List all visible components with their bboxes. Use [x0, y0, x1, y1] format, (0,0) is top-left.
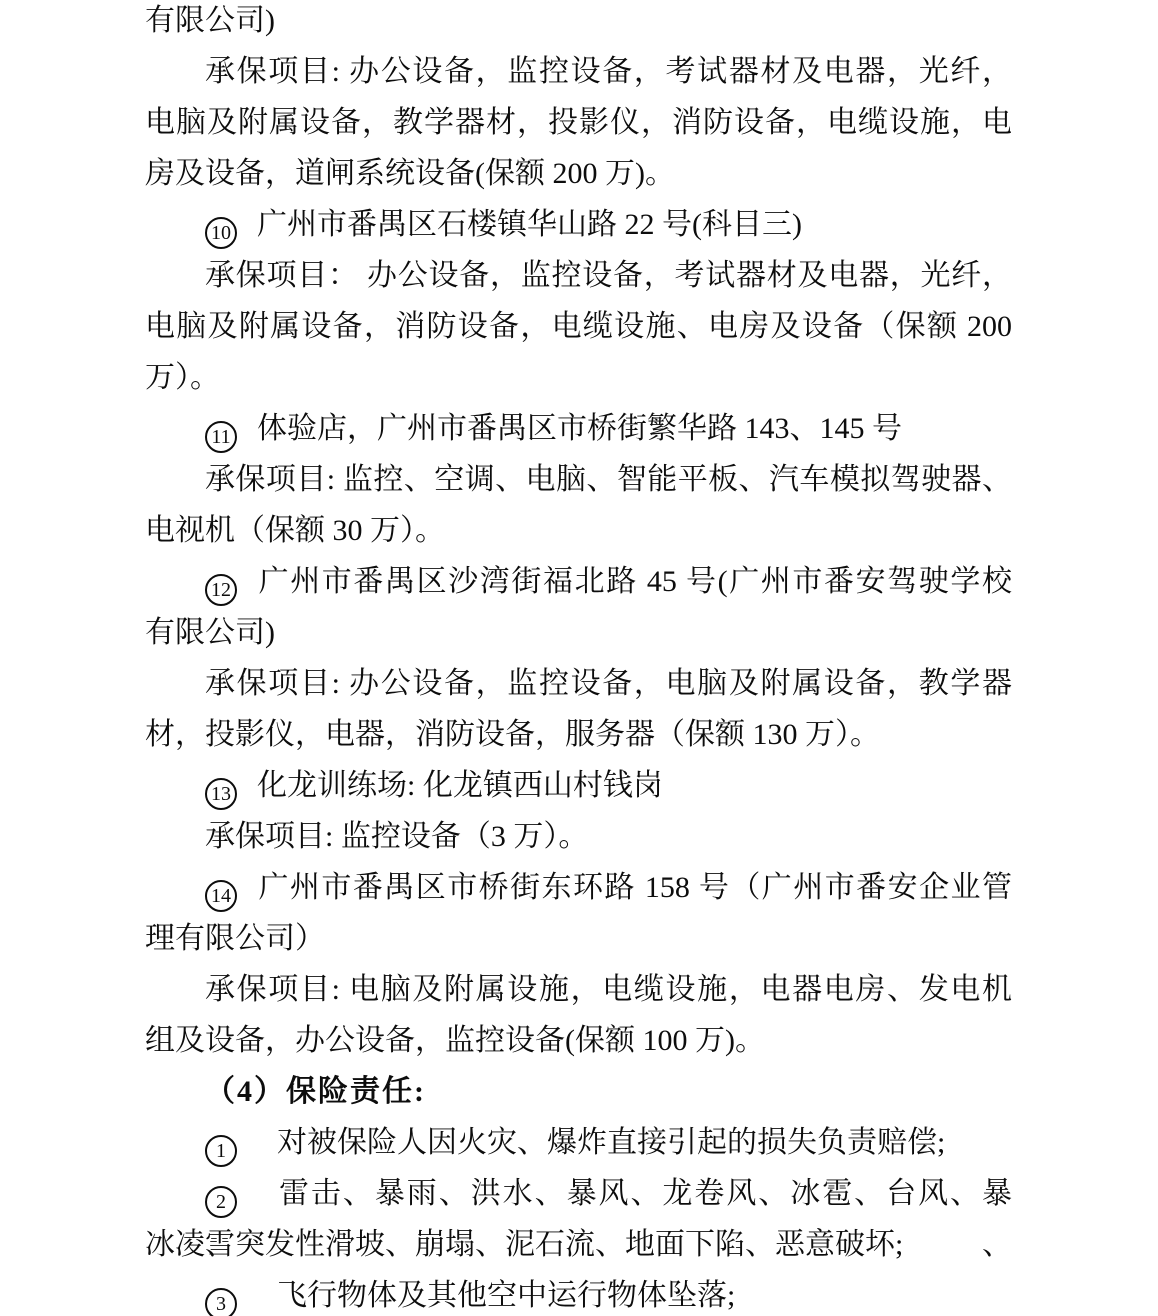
text-line: 电视机（保额 30 万）。: [145, 505, 1012, 556]
text-line: 承保项目: 办公设备，监控设备，考试器材及电器，光纤，: [145, 46, 1012, 97]
text-line: 14广州市番禺区市桥街东环路 158 号（广州市番安企业管: [145, 862, 1012, 913]
document-body: 有限公司)承保项目: 办公设备，监控设备，考试器材及电器，光纤，电脑及附属设备，…: [145, 0, 1012, 1316]
line-text: 电脑及附属设备，教学器材，投影仪，消防设备，电缆设施，电: [145, 106, 1012, 139]
line-text: 广州市番禺区市桥街东环路 158 号（广州市番安企业管: [257, 871, 1012, 904]
line-text: 组及设备，办公设备，监控设备(保额 100 万)。: [145, 1024, 765, 1057]
text-line: 10广州市番禺区石楼镇华山路 22 号(科目三): [145, 199, 1012, 250]
line-text: 有限公司): [145, 4, 275, 37]
line-text: 承保项目: 办公设备，监控设备，考试器材及电器，光纤，: [205, 55, 1012, 88]
text-line: 电脑及附属设备，消防设备，电缆设施、电房及设备（保额 200: [145, 301, 1012, 352]
text-line: 有限公司): [145, 0, 1012, 46]
line-text: 承保项目: 办公设备，监控设备，电脑及附属设备，教学器: [205, 667, 1012, 700]
text-line: 1对被保险人因火灾、爆炸直接引起的损失负责赔偿;: [145, 1117, 1012, 1168]
text-line: 有限公司): [145, 607, 1012, 658]
document-page: 有限公司)承保项目: 办公设备，监控设备，考试器材及电器，光纤，电脑及附属设备，…: [0, 0, 1158, 1316]
text-line: 冰凌、突发性滑坡、崩塌、泥石流、地面下陷、恶意破坏;: [145, 1219, 1012, 1270]
line-text: 化龙训练场: 化龙镇西山村钱岗: [257, 769, 663, 802]
line-text: 承保项目: 监控设备（3 万）。: [205, 820, 588, 853]
circled-number: 14: [205, 880, 237, 912]
text-line: 材，投影仪，电器，消防设备，服务器（保额 130 万）。: [145, 709, 1012, 760]
line-text: 房及设备，道闸系统设备(保额 200 万)。: [145, 157, 675, 190]
circled-number: 11: [205, 421, 237, 453]
text-line: 承保项目: 监控设备（3 万）。: [145, 811, 1012, 862]
line-text: 理有限公司）: [145, 922, 325, 955]
line-text: 广州市番禺区石楼镇华山路 22 号(科目三): [257, 208, 802, 241]
circled-number: 2: [205, 1186, 237, 1218]
line-text: （4）保险责任:: [205, 1075, 426, 1108]
text-line: 承保项目： 办公设备，监控设备，考试器材及电器，光纤，: [145, 250, 1012, 301]
line-text: 材，投影仪，电器，消防设备，服务器（保额 130 万）。: [145, 718, 880, 751]
text-line: 13化龙训练场: 化龙镇西山村钱岗: [145, 760, 1012, 811]
line-text: 飞行物体及其他空中运行物体坠落;: [277, 1279, 735, 1312]
line-text: 电脑及附属设备，消防设备，电缆设施、电房及设备（保额 200: [145, 310, 1012, 343]
text-line: 承保项目: 监控、空调、电脑、智能平板、汽车模拟驾驶器、: [145, 454, 1012, 505]
circled-number: 13: [205, 778, 237, 810]
line-text: 承保项目: 监控、空调、电脑、智能平板、汽车模拟驾驶器、: [205, 463, 1012, 496]
line-text: 广州市番禺区沙湾街福北路 45 号(广州市番安驾驶学校: [257, 565, 1012, 598]
circled-number: 1: [205, 1135, 237, 1167]
line-text: 承保项目: 电脑及附属设施，电缆设施，电器电房、发电机: [205, 973, 1012, 1006]
line-text: 体验店，广州市番禺区市桥街繁华路 143、145 号: [257, 412, 902, 445]
circled-number: 10: [205, 217, 237, 249]
circled-number: 3: [205, 1288, 237, 1316]
text-line: 12广州市番禺区沙湾街福北路 45 号(广州市番安驾驶学校: [145, 556, 1012, 607]
text-line: 组及设备，办公设备，监控设备(保额 100 万)。: [145, 1015, 1012, 1066]
circled-number: 12: [205, 574, 237, 606]
line-text: 万）。: [145, 361, 220, 394]
text-line: 承保项目: 电脑及附属设施，电缆设施，电器电房、发电机: [145, 964, 1012, 1015]
text-line: 3飞行物体及其他空中运行物体坠落;: [145, 1270, 1012, 1316]
text-line: 房及设备，道闸系统设备(保额 200 万)。: [145, 148, 1012, 199]
line-text: 冰凌、突发性滑坡、崩塌、泥石流、地面下陷、恶意破坏;: [145, 1228, 903, 1261]
text-line: 2雷击、暴雨、洪水、暴风、龙卷风、冰雹、台风、暴雪、: [145, 1168, 1012, 1219]
line-text: 承保项目： 办公设备，监控设备，考试器材及电器，光纤，: [205, 259, 1012, 292]
line-text: 有限公司): [145, 616, 275, 649]
line-text: 对被保险人因火灾、爆炸直接引起的损失负责赔偿;: [277, 1126, 945, 1159]
text-line: 理有限公司）: [145, 913, 1012, 964]
text-line: 承保项目: 办公设备，监控设备，电脑及附属设备，教学器: [145, 658, 1012, 709]
text-line: 万）。: [145, 352, 1012, 403]
line-text: 电视机（保额 30 万）。: [145, 514, 445, 547]
text-line: （4）保险责任:: [145, 1066, 1012, 1117]
text-line: 11体验店，广州市番禺区市桥街繁华路 143、145 号: [145, 403, 1012, 454]
text-line: 电脑及附属设备，教学器材，投影仪，消防设备，电缆设施，电: [145, 97, 1012, 148]
